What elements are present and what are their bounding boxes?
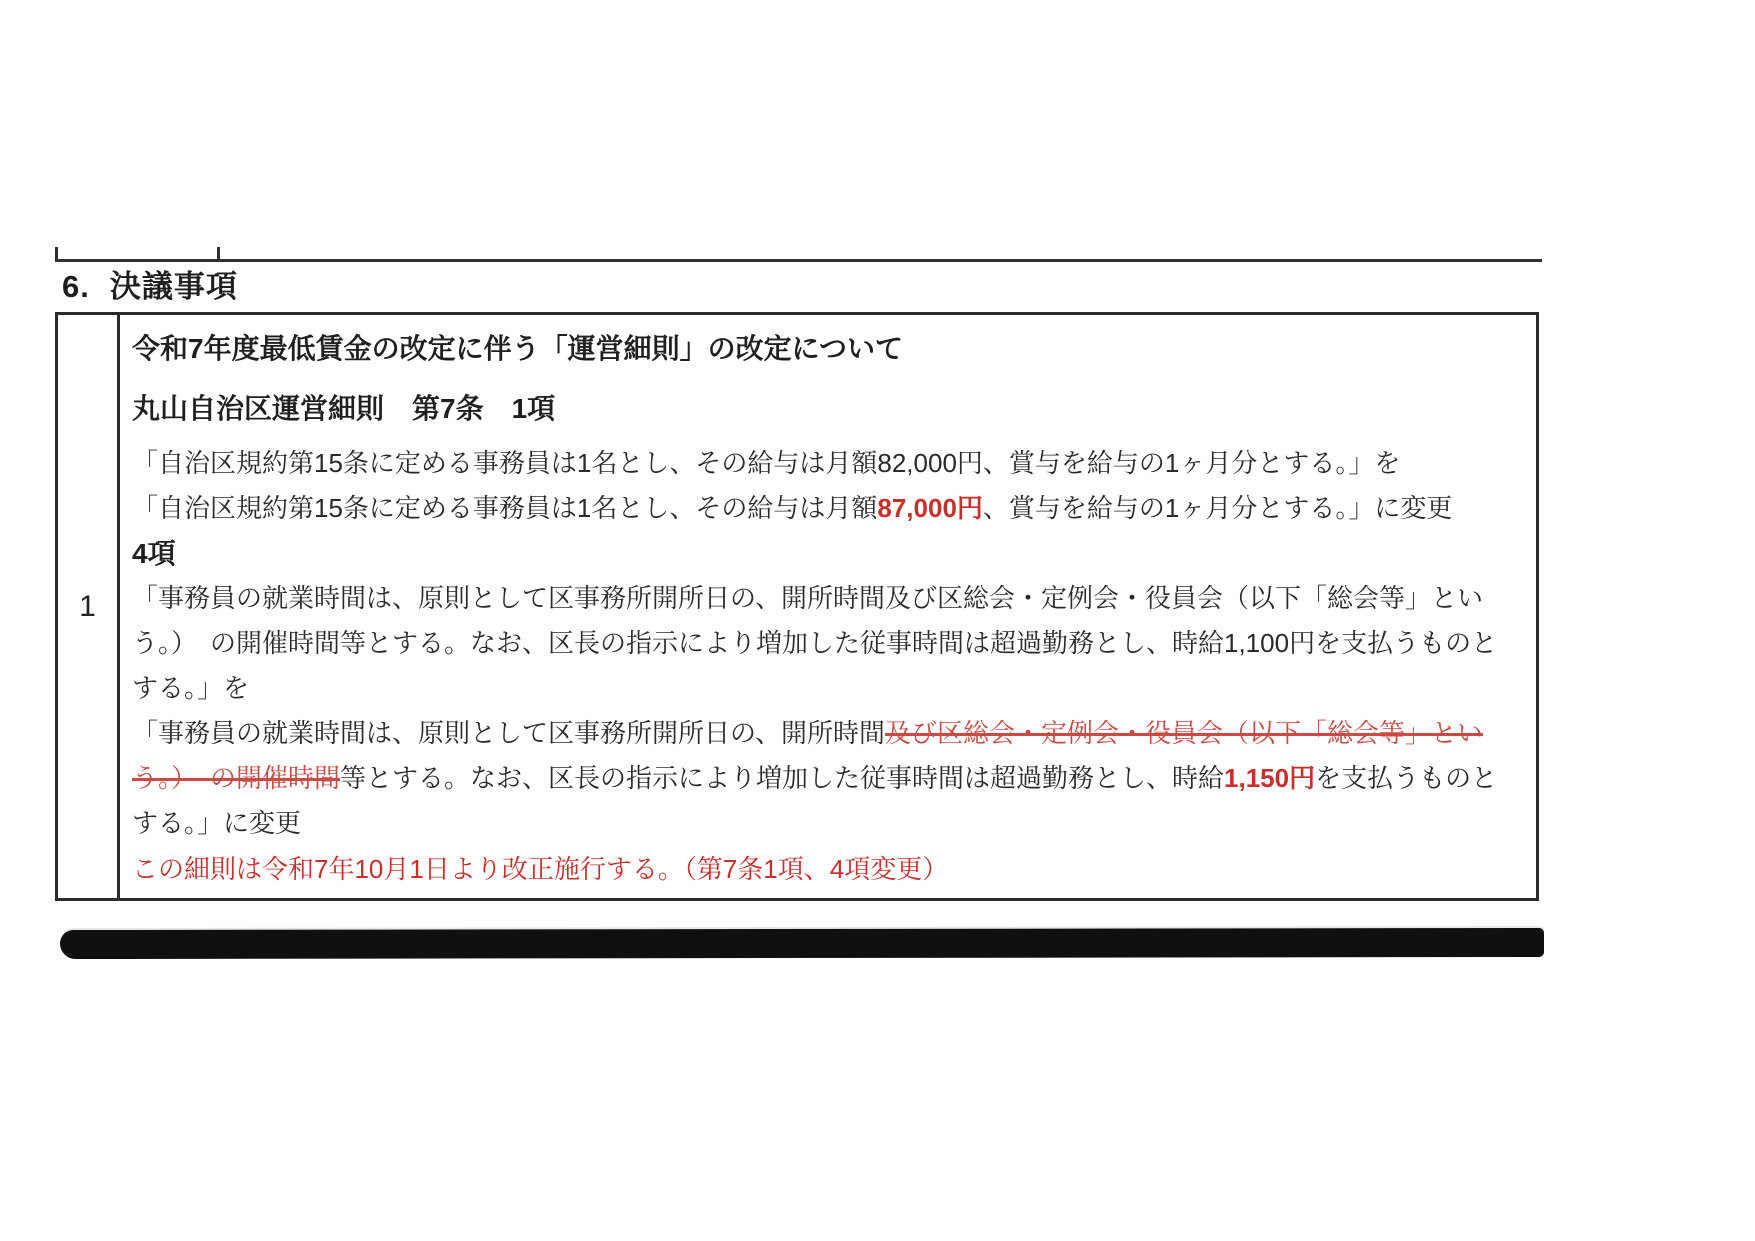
clause4-after-pre: 「事務員の就業時間は、原則として区事務所開所日の、開所時間 — [132, 718, 885, 748]
clause4-after-text: 「事務員の就業時間は、原則として区事務所開所日の、開所時間及び区総会・定例会・役… — [132, 711, 1522, 846]
row-content-cell: 令和7年度最低賃金の改定に伴う「運営細則」の改定について 丸山自治区運営細則 第… — [120, 315, 1536, 898]
item-title: 令和7年度最低賃金の改定に伴う「運営細則」の改定について — [132, 327, 1522, 371]
clause1-after-text: 「自治区規約第15条に定める事務員は1名とし、その給与は月額87,000円、賞与… — [132, 486, 1522, 531]
clause1-after-post: 、賞与を給与の1ヶ月分とする。」に変更 — [983, 493, 1452, 523]
effective-date-note: この細則は令和7年10月1日より改正施行する。（第7条1項、4項変更） — [132, 847, 1522, 892]
clause4-after-mid: 等とする。なお、区長の指示により増加した従事時間は超過勤務とし、時給 — [340, 763, 1224, 793]
section-title: 決議事項 — [110, 266, 238, 308]
clause1-after-pre: 「自治区規約第15条に定める事務員は1名とし、その給与は月額 — [132, 493, 877, 523]
clause1-new-salary-amount: 87,000円 — [877, 493, 983, 523]
previous-table-bottom-border — [55, 259, 1542, 262]
clause4-new-hourly-wage: 1,150円 — [1224, 763, 1315, 793]
section-header: 6. 決議事項 — [62, 266, 238, 308]
row-number-cell: 1 — [58, 315, 120, 898]
clause1-before-text: 「自治区規約第15条に定める事務員は1名とし、その給与は月額82,000円、賞与… — [132, 441, 1522, 486]
scan-divider-bar — [60, 928, 1544, 959]
resolution-table: 1 令和7年度最低賃金の改定に伴う「運営細則」の改定について 丸山自治区運営細則… — [55, 312, 1539, 901]
previous-table-column-stub — [55, 247, 58, 260]
section-number: 6. — [62, 266, 90, 308]
previous-table-column-stub — [217, 247, 220, 260]
clause4-before-text: 「事務員の就業時間は、原則として区事務所開所日の、開所時間及び区総会・定例会・役… — [132, 576, 1522, 711]
item-subtitle-article7-clause1: 丸山自治区運営細則 第7条 1項 — [132, 387, 1522, 431]
clause4-label: 4項 — [132, 531, 1522, 576]
